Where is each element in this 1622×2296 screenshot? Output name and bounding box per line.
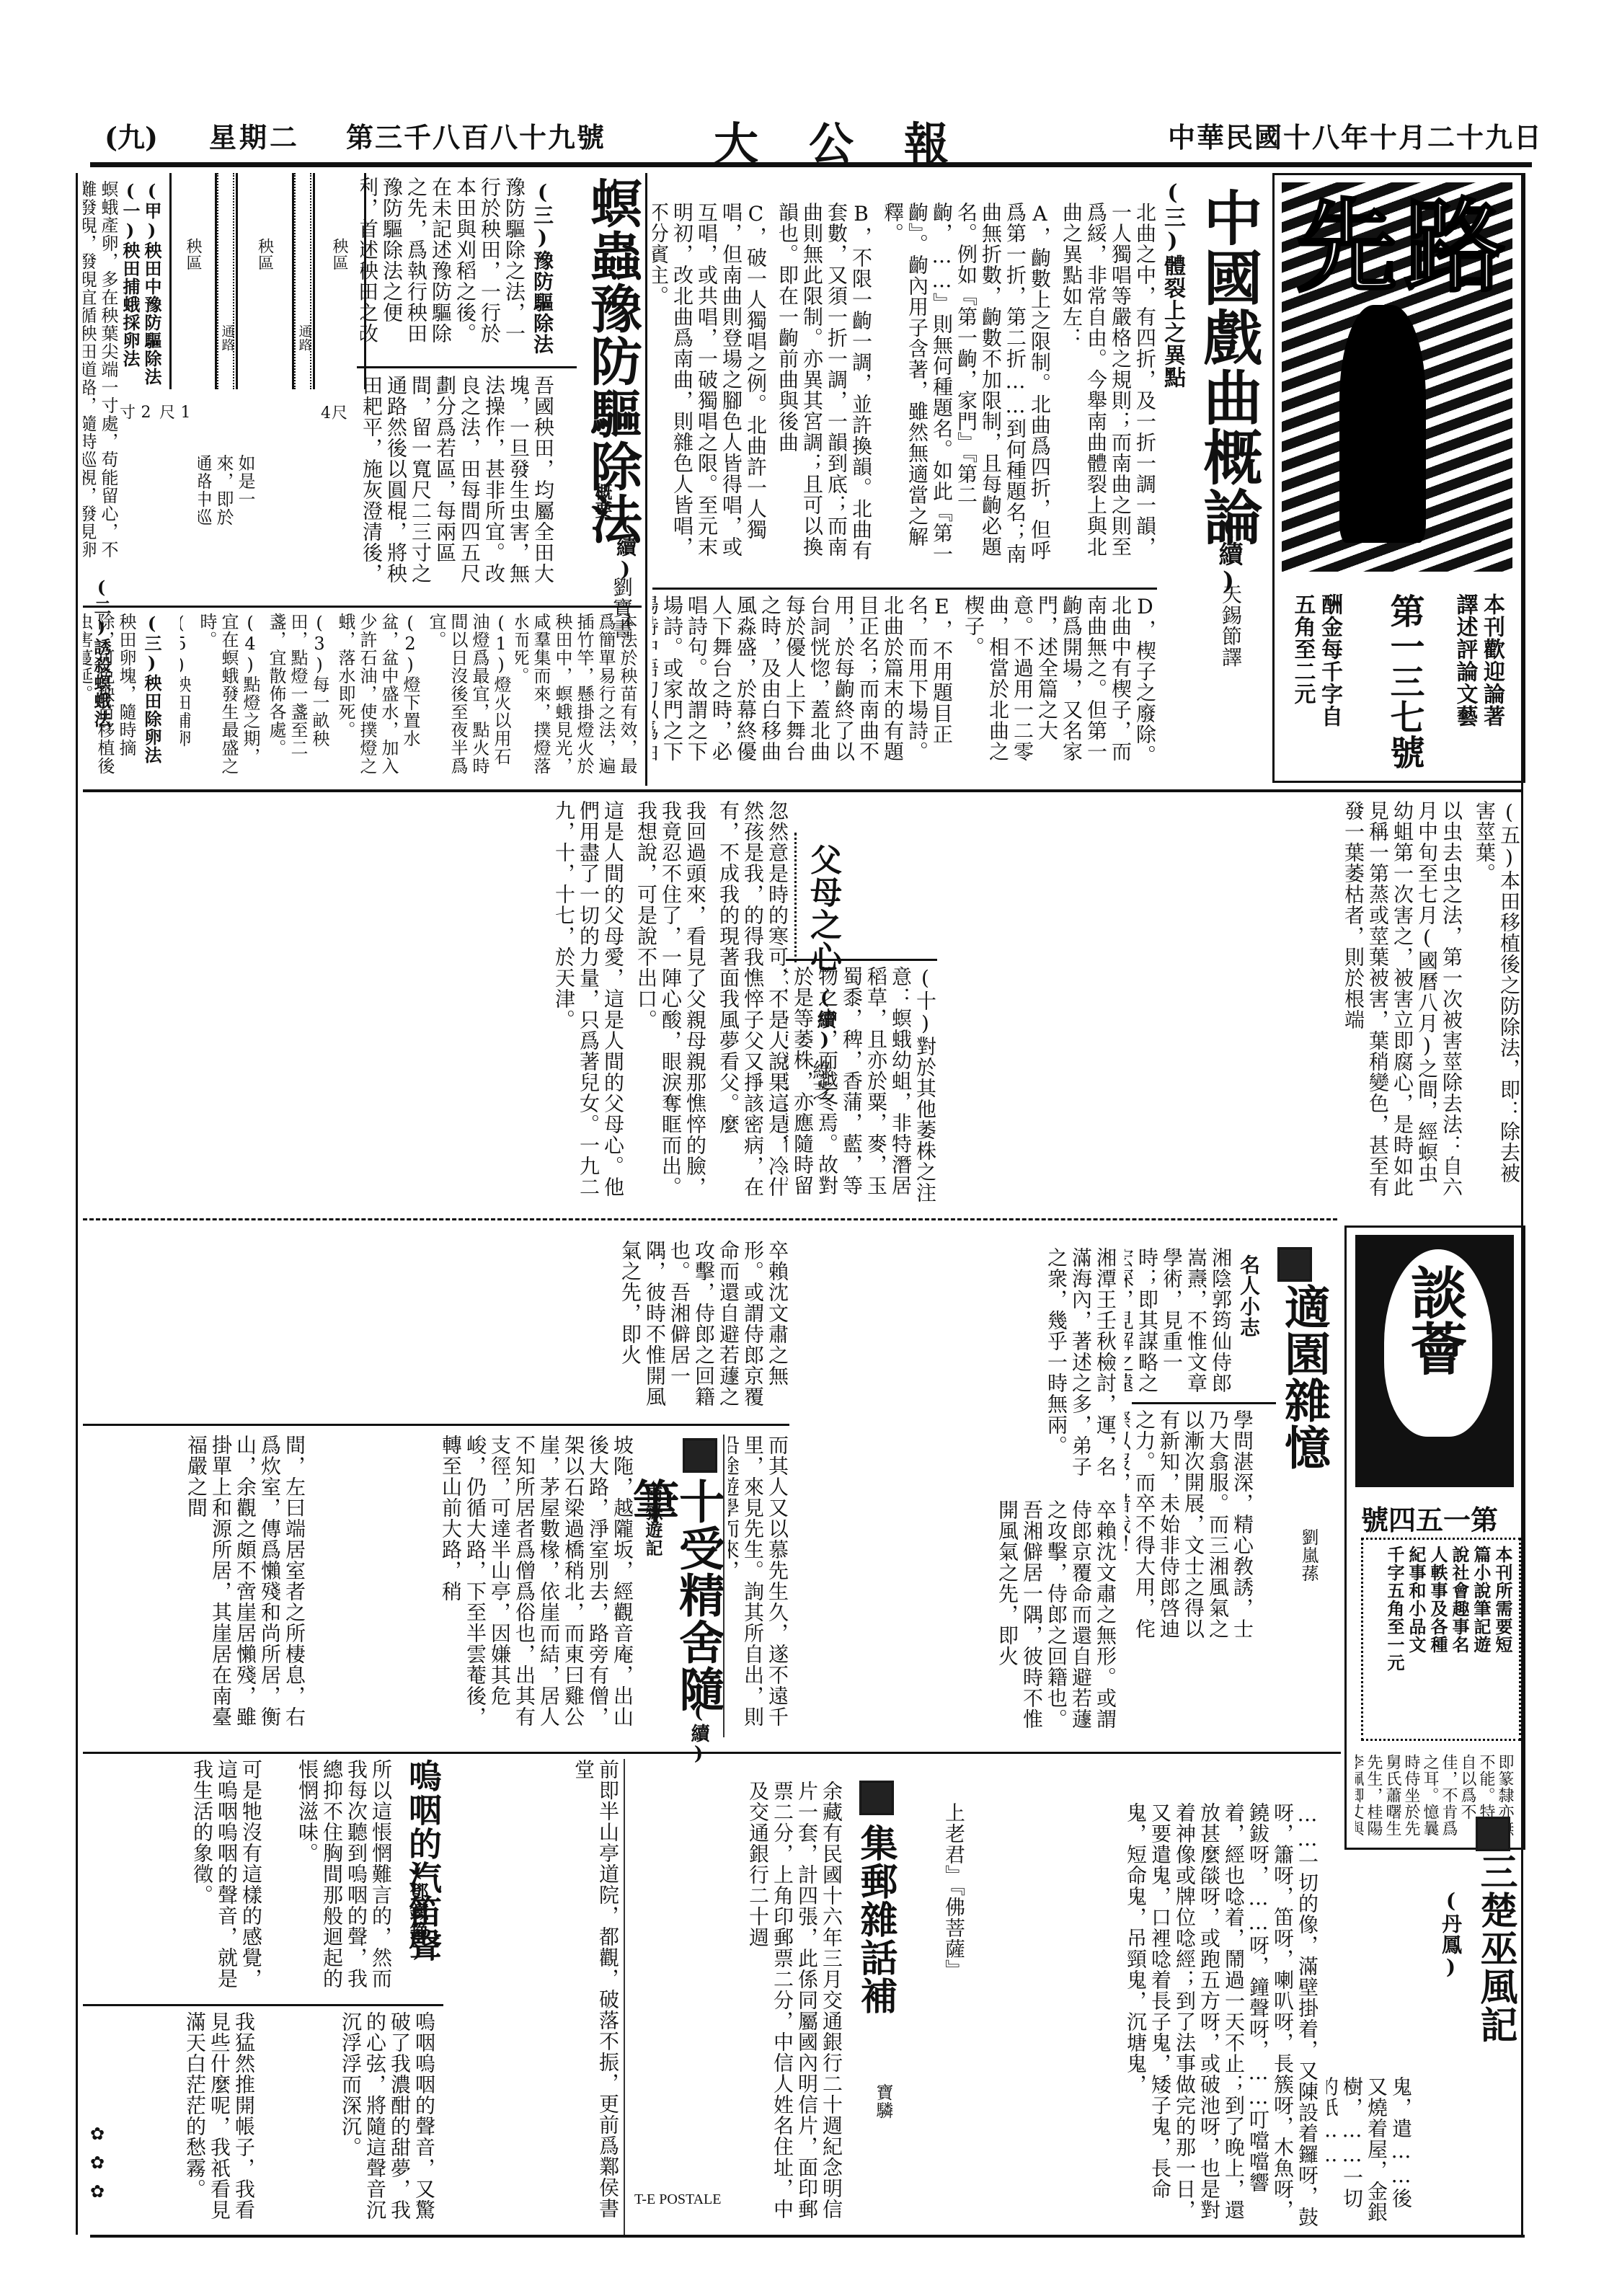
diagram-path-label: 通路 bbox=[296, 324, 312, 352]
opera-section-heading: (三)體裂上之異點 bbox=[1159, 180, 1187, 389]
parents-author: 綠芝 bbox=[809, 1060, 834, 1102]
shiyuan-article: 適園雜憶 劉嵐蓀 名人小志 湘陰郭筠仙侍郎嵩燾，不惟文章學術，見重一時；即其謀略… bbox=[793, 1240, 1341, 1745]
tan-hui-notice-line: 千字五角至一元 bbox=[1384, 1546, 1405, 1672]
diagram-cell: 秧區 bbox=[236, 173, 294, 389]
wu-feng-title: 三楚巫風記 bbox=[1476, 1853, 1514, 2044]
parents-body: 忽然意是時的寒可，不是人說果這是，冷什然孩是我，的得我憔悴子父又掙該密病，在有，… bbox=[155, 800, 789, 1204]
steamer-author: (鄧鐵錚) bbox=[406, 1860, 430, 1963]
issue-number: 第三千八百八十九號 bbox=[346, 115, 606, 166]
column-divider bbox=[645, 173, 647, 786]
diagram-path-label: 通路 bbox=[218, 324, 235, 352]
paragraph: A，齣數上之限制。北曲爲四折，但呼爲第一折，第二折……到何種題名；南曲無折數，齣… bbox=[880, 202, 1052, 577]
shishou-column-divider bbox=[723, 1435, 724, 1737]
xianlu-title: 先路 bbox=[1296, 197, 1512, 298]
paragraph: C，破一人獨唱之例。北曲許一人獨唱，但南曲則登場之腳色人皆得唱，或互唱，或共唱，… bbox=[652, 202, 768, 577]
shishou-divider bbox=[83, 1424, 789, 1426]
paragraph: (五)本田移植後之防除法，即：除去被害莖葉。 bbox=[1472, 800, 1521, 1204]
steamer-body-3: 嗚咽嗚咽的聲音，又驚破了我濃酣的甜夢，我的心弦，將隨這聲音沉沉浮浮而深沉。 bbox=[263, 2011, 436, 2228]
tan-hui-notice-line: 紀事和小品文 bbox=[1406, 1546, 1427, 1654]
tan-hui-woodcut-image: 談薈 bbox=[1355, 1235, 1514, 1487]
locust-subheading-3: (三)秧田除卵法 bbox=[141, 613, 162, 764]
nanyue-body-1: 坡陁，越隴坂，經觀音庵，出山後大路，淨室別去，路旁有僧，架以石梁過橋稍北，而東曰… bbox=[310, 1435, 634, 1737]
tan-hui-issue: 第一五四號 bbox=[1361, 1498, 1498, 1538]
steamer-body-4: 我猛然推開帳子，我看見些什麼呢，我祇看見滿天白茫茫的愁霧。 bbox=[126, 2011, 256, 2228]
xianlu-woodcut-image: 先路 bbox=[1282, 182, 1512, 572]
diagram-cell-label: 秧區 bbox=[256, 238, 275, 271]
shiyuan-author: 劉嵐蓀 bbox=[1298, 1528, 1319, 1582]
bottom-column-divider bbox=[624, 1759, 625, 2235]
pest-continuation: (五)本田移植後之防除法，即：除去被害莖葉。 以虫去虫之法，第一次被害莖除去法：… bbox=[937, 800, 1521, 1204]
parents-continued: (續) bbox=[813, 988, 837, 1052]
diagram-path: 通路 bbox=[294, 173, 311, 389]
band-divider bbox=[83, 789, 1521, 792]
xianlu-payment-line: 酬金每千字自 bbox=[1317, 593, 1342, 727]
diagram-dim-narrow: 1尺2寸 bbox=[177, 404, 195, 422]
steamer-divider bbox=[83, 2004, 443, 2006]
stamp-body: 余藏有民國十六年三月交通銀行二十週紀念明信片一套，計四張，此係同屬國內明信片，面… bbox=[634, 1781, 843, 2228]
steamer-article: 嗚咽的汽笛聲 (鄧鐵錚) 所以這悵惘難言的，然而我每次聽到嗚咽的聲，我總抑不住胸… bbox=[83, 1759, 443, 2235]
xianlu-notice-line: 譯述評論文藝 bbox=[1453, 593, 1478, 727]
locust-article: 螟蟲豫防驅除法 概要 (續) 劉寶書 (三)豫防驅除法 豫防驅除之法，一行於秧田… bbox=[83, 173, 642, 786]
tan-hui-notice-line: 本刊所需要短 bbox=[1492, 1546, 1513, 1654]
xianlu-info-block: 本刊歡迎論著 譯述評論文藝 第一三七號 酬金每千字自 五角至二元 bbox=[1282, 586, 1512, 770]
shishou-body: 而其人又以慕先生久，遂不遠千里，來見先生。詢其所自出，則沿途遊學而來， bbox=[728, 1435, 789, 1737]
shiyuan-body-upper: 湘陰郭筠仙侍郎嵩燾，不惟文章學術，見重一時；即其謀略之宏深，見解之遠大，亦多有爲… bbox=[1125, 1247, 1233, 1399]
shiyuan-body-fourth: 卒賴沈文肅之無形。或謂侍郎京覆命而還自避若蘧之攻擊，侍郎之回籍也。吾湘僻居一隅，… bbox=[793, 1499, 1117, 1737]
locust-body-lower: 吾國秧田，均屬全田大塊，一旦發生虫害，無法操作，甚非所宜。改良之法，田每間四五尺… bbox=[360, 375, 555, 598]
list-item: (3)每一畝秧田，點燈一盞至二盞，宜散佈各處。 bbox=[265, 613, 330, 779]
diagram-cell-label: 秧區 bbox=[184, 238, 203, 271]
parents-title: 父母之心 bbox=[807, 843, 838, 973]
locust-continued: (續) bbox=[613, 512, 638, 582]
list-item: (1)燈火以用石油燈爲最宜，點火時間以日沒後至夜半爲宜。 bbox=[425, 613, 512, 779]
opera-title: 中國戲曲概論 bbox=[1199, 187, 1258, 546]
diagram-cell: 秧區 bbox=[169, 173, 217, 389]
opera-divider bbox=[652, 588, 1157, 590]
shiyuan-divider bbox=[1132, 1402, 1276, 1404]
xianlu-payment: 酬金每千字自 五角至二元 bbox=[1289, 593, 1343, 727]
xianlu-payment-line: 五角至二元 bbox=[1290, 593, 1316, 705]
diagram-path: 通路 bbox=[217, 173, 234, 389]
wu-feng-continued: 鬼，遣……後又燒着屋，金銀樹，……一切的紙…… bbox=[1326, 2076, 1413, 2228]
wu-feng-author: (丹鳳) bbox=[1438, 1889, 1463, 1980]
date: 中華民國十八年十月二十九日 bbox=[1168, 115, 1543, 166]
section-stamp-icon bbox=[1277, 1247, 1312, 1282]
stamp-postale-text: T-E POSTALE bbox=[634, 2191, 721, 2208]
flower-ornament-icon: ✿✿✿ bbox=[90, 2119, 105, 2206]
locust-text-3: 秧田卵塊，隨時摘除，可免秧苗移植後虫害蔓延。 bbox=[83, 613, 137, 779]
list-item: (4)點燈之期，宜在螟蛾發生最盛之時。 bbox=[196, 613, 261, 779]
xianlu-notice: 本刊歡迎論著 譯述評論文藝 bbox=[1451, 593, 1505, 727]
footer-rule bbox=[90, 2235, 1525, 2238]
header-rule bbox=[90, 162, 1532, 167]
section-stamp-icon bbox=[1476, 1817, 1510, 1851]
opera-article: 中國戲曲概論 (續) 天錫節譯 (三)體裂上之異點 北曲之中，有四折，及一折一調… bbox=[652, 173, 1265, 786]
tan-hui-masthead: 談薈 第一五四號 本刊所需要短 篇小說筆記遊 說社會趣事名 人軼事及各種 紀事和… bbox=[1344, 1225, 1525, 1850]
locust-list: (1)燈火以用石油燈爲最宜，點火時間以日沒後至夜半爲宜。 (2)燈下置水盆，盆中… bbox=[180, 613, 512, 779]
tan-hui-notice-line: 人軼事及各種 bbox=[1427, 1546, 1448, 1654]
section-stamp-icon bbox=[859, 1781, 894, 1815]
diagram-cell: 秧區 bbox=[313, 173, 366, 389]
opera-author: 天錫節譯 bbox=[1218, 584, 1244, 668]
ornamental-divider bbox=[83, 1218, 1337, 1238]
paragraph: 忽然意是時的寒可，不是人說果這是，冷什然孩是我，的得我憔悴子父又掙該密病，在有，… bbox=[716, 800, 789, 1204]
locust-lower-divider bbox=[83, 606, 642, 608]
shiyuan-body-lower: 學問湛深，精心敎誘，士乃大翕服。而三湘風氣之以漸次開展，文士之得以有新知，未始非… bbox=[1125, 1409, 1254, 1654]
stamp-title: 集郵雜話補 bbox=[856, 1824, 894, 2015]
locust-subheading-a: (甲)秧田中豫防驅除法 bbox=[141, 180, 162, 386]
stamp-author: 寶驎 bbox=[872, 2083, 894, 2119]
paragraph: 我回過頭來，看見了父親母親那憔悴的臉，我竟忍不住了，一陣心酸，眼淚奪眶而出。我想… bbox=[634, 800, 707, 1204]
stamp-article: 集郵雜話補 寶驎 余藏有民國十六年三月交通銀行二十週紀念明信片一套，計四張，此係… bbox=[627, 1759, 901, 2235]
weekday: 星期二 bbox=[209, 115, 300, 166]
wu-feng-invocation: 上老君』『佛菩薩』 bbox=[908, 1802, 966, 2091]
nanyue-body-2: 間，左曰端居室者之所棲息，右爲炊室，傳爲懶殘和尚所居，衡山，余觀之頗不啻崖居懶殘… bbox=[90, 1435, 306, 1737]
seedbed-diagram: 秧區 通路 秧區 通路 秧區 4尺 1尺2寸 bbox=[169, 173, 364, 393]
locust-subtitle: 概要 bbox=[591, 483, 613, 519]
section-stamp-icon bbox=[683, 1438, 717, 1473]
paragraph: 以虫去虫之法，第一次被害莖除去法：自六月中旬至七月(國曆八月)之間，經螟虫幼蛆第… bbox=[1341, 800, 1463, 1204]
shishou-continued: (續) bbox=[687, 1701, 711, 1765]
opera-body-lower: D，楔子之廢除。北曲中有楔子，而南曲無之。但第一齣爲開場，又名家門，述全篇之大意… bbox=[652, 595, 1157, 782]
list-item: (2)燈下置水盆，盆中盛水，加入少許石油，使撲燈之蛾，落水即死。 bbox=[334, 613, 421, 779]
nanyue-body-3: 前即半山亭道院，都觀，破落不振，更前爲鄴侯書堂 bbox=[447, 1759, 620, 2235]
xianlu-masthead: 先路 本刊歡迎論著 譯述評論文藝 第一三七號 酬金每千字自 五角至二元 bbox=[1272, 173, 1525, 783]
locust-section-heading: (三)豫防驅除法 bbox=[530, 180, 555, 355]
locust-subheading-1: (一)秧田捕蛾採卵法 bbox=[119, 180, 141, 368]
tan-hui-notice: 本刊所需要短 篇小說筆記遊 說社會趣事名 人軼事及各種 紀事和小品文 千字五角至… bbox=[1361, 1538, 1521, 1741]
shiyuan-body-third: 湘潭王壬秋檢討，運，名滿海內，著述之多，弟子之衆，幾乎一時無兩。 bbox=[793, 1247, 1117, 1492]
shishou-article: 卒賴沈文肅之無形。或謂侍郎京覆命而還自避若蘧之攻擊，侍郎之回籍也。吾湘僻居一隅，… bbox=[83, 1240, 789, 1745]
wu-feng-article: 三楚巫風記 (丹鳳) ……一切的像，滿壁掛着，又陳設着鑼呀，鼓呀，簫呀，笛呀，喇… bbox=[901, 1759, 1521, 2235]
list-item: (5)秧田捕卵法，宜於秧田中巡視，摘採卵塊。 bbox=[180, 613, 192, 779]
opera-body: 北曲之中，有四折，及一折一調一韻，一人獨唱等嚴格之規則；而南曲之則至爲綏，非常自… bbox=[652, 202, 1157, 577]
tan-hui-notice-line: 說社會趣事名 bbox=[1449, 1546, 1470, 1654]
shiyuan-section-heading: 名人小志 bbox=[1236, 1254, 1262, 1338]
locust-text-2: 本法於秧苗有效，最爲簡單易行之法，遍插竹竿，懸掛燈火於秧田中，螟蛾見光，咸羣集而… bbox=[515, 613, 638, 779]
tan-hui-title: 談薈 bbox=[1406, 1264, 1462, 1376]
shishou-series: 南嶽遊記 bbox=[642, 1485, 663, 1557]
paragraph: 這是人間的父母愛，這是人間的父母心。他們用盡了一切的力量，只爲著兒女。一九二九，… bbox=[551, 800, 625, 1204]
locust-divider bbox=[357, 366, 577, 368]
paragraph: B，不限一齣一調，並許換韻。北曲有套數，又須一折一調，一韻到底；而南曲則無此限制… bbox=[775, 202, 873, 577]
page-number: (九) bbox=[105, 115, 158, 166]
left-border bbox=[76, 173, 78, 2235]
xianlu-issue: 第一三七號 bbox=[1383, 593, 1426, 770]
locust-body-upper: 豫防驅除之法，一行於秧田，一行於本田與刈稻之後。在未記述豫防驅除之先，爲執行秧田… bbox=[360, 177, 526, 350]
parents-article: 父母之心 (續) 綠芝 忽然意是時的寒可，不是人說果這是，冷什然孩是我，的得我憔… bbox=[83, 800, 847, 1218]
tan-hui-notice-line: 篇小說筆記遊 bbox=[1471, 1546, 1492, 1654]
steamer-body-2: 可是牠沒有這樣的感覺，這嗚咽嗚咽的聲音，就是我生活的象徵。 bbox=[90, 1759, 263, 1997]
shiyuan-title: 適園雜憶 bbox=[1280, 1283, 1326, 1471]
wu-feng-body: ……一切的像，滿壁掛着，又陳設着鑼呀，鼓呀，簫呀，笛呀，喇叭呀，長簇呀，木魚呀，… bbox=[973, 1802, 1319, 2228]
paragraph: D，楔子之廢除。北曲中有楔子，而南曲無之。但第一齣爲開場，又名家門，述全篇之大意… bbox=[961, 595, 1157, 782]
paragraph: 北曲之中，有四折，及一折一調一韻，一人獨唱等嚴格之規則；而南曲之則至爲綏，非常自… bbox=[1059, 202, 1157, 577]
diagram-caption: 如是一來，即於通路中巡視，過路不致觸苗；又，於操作上有多種便利。 bbox=[198, 454, 256, 533]
diagram-cell-label: 秧區 bbox=[330, 238, 349, 271]
steamer-body-1: 所以這悵惘難言的，然而我每次聽到嗚咽的聲，我總抑不住胸間那般迴起的悵惘滋味。 bbox=[270, 1759, 393, 1997]
right-border bbox=[1521, 173, 1523, 2235]
diagram-dim-wide: 4尺 bbox=[321, 404, 348, 424]
lower-band-divider bbox=[83, 1752, 1341, 1754]
locust-text-1: 螟蛾產卵，多在秧葉尖端一寸處，苟能留心，不難發現，發現宜循秧田道路，隨時巡視，發… bbox=[83, 180, 119, 562]
shishou-continued-text: 卒賴沈文肅之無形。或謂侍郎京覆命而還自避若蘧之攻擊，侍郎之回籍也。吾湘僻居一隅，… bbox=[602, 1240, 789, 1420]
paper-name: 大公報 bbox=[714, 108, 999, 159]
paragraph: E，不用題目正名，而用下場詩。北曲於篇末的有題目正名；而南曲不用，於每齣終了以台… bbox=[652, 595, 954, 782]
xianlu-notice-line: 本刊歡迎論著 bbox=[1479, 593, 1504, 727]
